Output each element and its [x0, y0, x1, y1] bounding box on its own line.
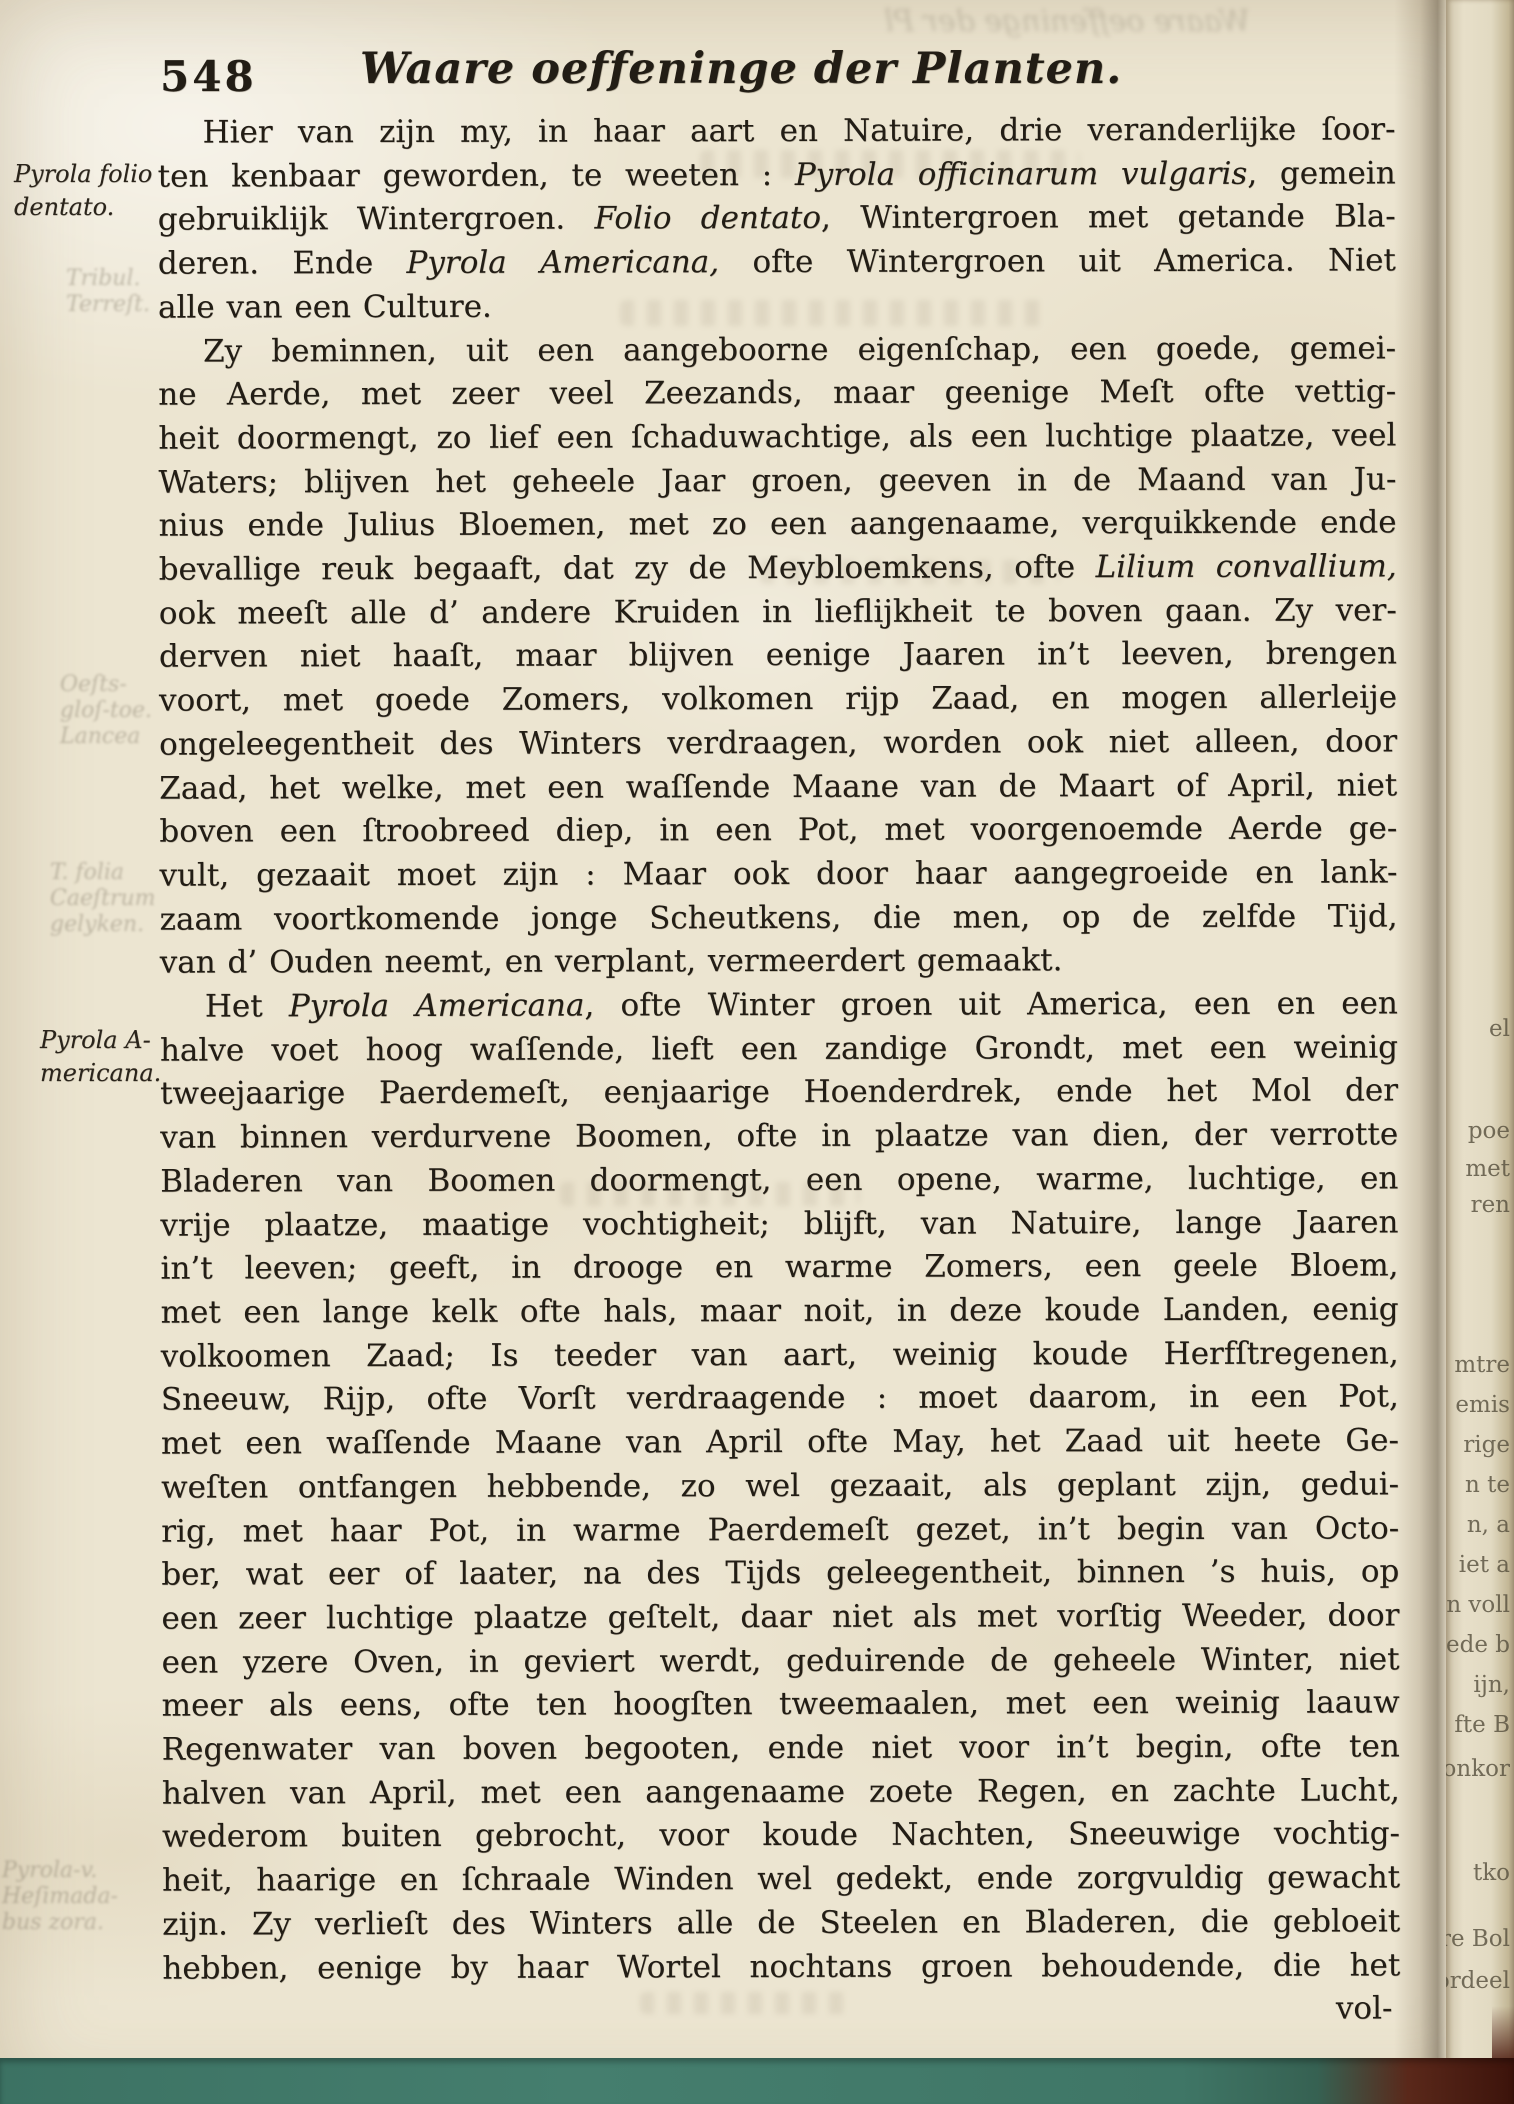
adjacent-page-text-fragment: iet a	[1459, 1552, 1510, 1578]
page-number: 548	[160, 52, 257, 101]
adjacent-page-edge: elpoemetrenmtreemisrigen ten, aiet an vo…	[1446, 0, 1514, 2104]
body-text-segment: bevallige reuk begaaft, dat zy de Meyblo…	[159, 549, 1096, 587]
ghost-margin-note: Oeſts-gloſ-toe.Lancea	[60, 672, 220, 750]
adjacent-page-text-fragment: emis	[1455, 1392, 1510, 1418]
catchword: vol-	[162, 1988, 1400, 2035]
margin-note: Pyrola foliodentato.	[14, 158, 164, 224]
body-line: vult, gezaait moet zijn : Maar ook door …	[159, 851, 1397, 898]
body-text-segment: een yzere Oven, in geviert werdt, geduir…	[161, 1641, 1399, 1680]
body-line: Hier van zijn my, in haar aart en Natuir…	[157, 108, 1395, 155]
body-text-segment: met een lange kelk ofte hals, maar noit,…	[161, 1291, 1399, 1330]
body-text-segment: Hier van zijn my, in haar aart en Natuir…	[202, 111, 1395, 150]
body-line: rig, met haar Pot, in warme Paerdemeſt g…	[161, 1507, 1399, 1554]
body-text-segment: voort, met goede Zomers, volkomen rijp Z…	[159, 680, 1397, 719]
body-text-segment: van d’ Ouden neemt, en verplant, vermeer…	[160, 943, 1063, 981]
body-line: voort, met goede Zomers, volkomen rijp Z…	[159, 677, 1397, 724]
adjacent-page-text-fragment: tko	[1473, 1860, 1510, 1886]
body-text-segment: in’t leeven; geeft, in drooge en warme Z…	[160, 1248, 1398, 1287]
body-line: bevallige reuk begaaft, dat zy de Meyblo…	[159, 545, 1397, 592]
body-text-segment: hebben, eenige by haar Wortel nochtans g…	[162, 1947, 1400, 1986]
body-text-segment: Zaad, het welke, met een waſſende Maane …	[159, 767, 1397, 806]
body-line: nius ende Julius Bloemen, met zo een aan…	[159, 502, 1397, 549]
body-text-segment: van binnen verdurvene Boomen, ofte in pl…	[160, 1117, 1398, 1156]
body-line: met een waſſende Maane van April ofte Ma…	[161, 1419, 1399, 1466]
body-line: tweejaarige Paerdemeſt, eenjaarige Hoend…	[160, 1070, 1398, 1117]
body-line: ongeleegentheit des Winters verdraagen, …	[159, 720, 1397, 767]
book-page-scan: Waare oeffeninge der Pl 548 Waare oeffen…	[0, 0, 1514, 2104]
adjacent-page-text-fragment: ordeel	[1446, 1968, 1510, 1994]
body-text-segment: ten kenbaar geworden, te weeten :	[158, 157, 795, 195]
body-line: van d’ Ouden neemt, en verplant, vermeer…	[160, 939, 1398, 986]
paragraph: Het Pyrola Americana, ofte Winter groen …	[160, 982, 1401, 1990]
body-text-segment: , gemein	[1247, 155, 1395, 191]
ghost-note-line: T. folia	[50, 860, 210, 886]
adjacent-page-text-fragment: ijn,	[1473, 1672, 1510, 1698]
adjacent-page-text-fragment: el	[1489, 1016, 1510, 1042]
body-text-segment: met een waſſende Maane van April ofte Ma…	[161, 1422, 1399, 1461]
body-text-segment: tweejaarige Paerdemeſt, eenjaarige Hoend…	[160, 1073, 1398, 1112]
body-line: halven van April, met een aangenaame zoe…	[162, 1769, 1400, 1816]
body-line: Regenwater van boven begooten, ende niet…	[162, 1725, 1400, 1772]
body-text-segment: ongeleegentheit des Winters verdraagen, …	[159, 723, 1397, 762]
body-line: boven een ſtroobreed diep, in een Pot, m…	[159, 808, 1397, 855]
body-line: Zaad, het welke, met een waſſende Maane …	[159, 764, 1397, 811]
adjacent-page-text-fragment: re Bol	[1446, 1926, 1510, 1952]
body-text-segment: wederom buiten gebrocht, voor koude Nach…	[162, 1816, 1400, 1855]
margin-note-line: Pyrola A-	[40, 1024, 190, 1057]
body-line: alle van een Culture.	[158, 283, 1396, 330]
latin-plant-name: Folio dentato	[594, 200, 821, 237]
ghost-note-line: Pyrola-v.	[2, 1858, 162, 1884]
body-line: in’t leeven; geeft, in drooge en warme Z…	[160, 1245, 1398, 1292]
latin-plant-name: Lilium convallium,	[1096, 548, 1397, 585]
body-line: heit, haarige en ſchraale Winden wel ged…	[162, 1857, 1400, 1904]
body-text-segment: vrije plaatze, maatige vochtigheit; blij…	[160, 1204, 1398, 1243]
body-text-segment: Het	[205, 988, 289, 1024]
body-line: met een lange kelk ofte hals, maar noit,…	[161, 1288, 1399, 1335]
ghost-note-line: gelyken.	[50, 912, 210, 938]
book-gutter-shadow	[1394, 0, 1446, 2104]
body-line: een zeer luchtige plaatze geſtelt, daar …	[161, 1594, 1399, 1641]
body-line: ber, wat eer of laater, na des Tijds gel…	[161, 1551, 1399, 1598]
body-text-segment: zijn. Zy verlieſt des Winters alle de St…	[162, 1903, 1400, 1942]
body-line: zaam voortkomende jonge Scheutkens, die …	[160, 895, 1398, 942]
body-text-segment: gebruiklijk Wintergroen.	[158, 201, 595, 238]
body-line: meer als eens, ofte ten hoogſten tweemaa…	[162, 1682, 1400, 1729]
body-text-segment: meer als eens, ofte ten hoogſten tweemaa…	[162, 1685, 1400, 1724]
body-line: heit doormengt, zo lief een ſchaduwachti…	[158, 414, 1396, 461]
body-text-segment: vult, gezaait moet zijn : Maar ook door …	[159, 854, 1397, 893]
body-text-segment: ook meeſt alle d’ andere Kruiden in lief…	[159, 592, 1397, 631]
body-text-segment: , Wintergroen met getande Bla-	[821, 199, 1396, 237]
adjacent-page-text-fragment: n te	[1465, 1472, 1510, 1498]
paragraph: Hier van zijn my, in haar aart en Natuir…	[157, 108, 1396, 330]
body-line: hebben, eenige by haar Wortel nochtans g…	[162, 1944, 1400, 1991]
latin-plant-name: Pyrola Americana,	[406, 244, 719, 281]
ghost-note-line: Caeſtrum	[50, 886, 210, 912]
ghost-note-line: bus zora.	[2, 1910, 162, 1936]
margin-note: Pyrola A-mericana.	[40, 1024, 190, 1090]
body-text-segment: zaam voortkomende jonge Scheutkens, die …	[160, 898, 1398, 937]
body-line: halve voet hoog waſſende, lieft een zand…	[160, 1026, 1398, 1073]
adjacent-page-text-fragment: ren	[1471, 1192, 1510, 1218]
running-title: Waare oeffeninge der Planten.	[360, 44, 1060, 94]
body-line: Zy beminnen, uit een aangeboorne eigenſc…	[158, 327, 1396, 374]
ghost-note-line: gloſ-toe.	[60, 698, 220, 724]
body-line: weſten ontfangen hebbende, zo wel gezaai…	[161, 1463, 1399, 1510]
margin-note-line: Pyrola folio	[14, 158, 164, 191]
body-text-segment: Regenwater van boven begooten, ende niet…	[162, 1728, 1400, 1767]
latin-plant-name: Pyrola officinarum vulgaris	[795, 155, 1248, 192]
body-text-segment: derven niet haaſt, maar blijven eenige J…	[159, 636, 1397, 675]
body-text: Hier van zijn my, in haar aart en Natuir…	[157, 108, 1400, 2034]
body-text-segment: halve voet hoog waſſende, lieft een zand…	[160, 1029, 1398, 1068]
body-text-segment: Zy beminnen, uit een aangeboorne eigenſc…	[203, 330, 1396, 369]
body-text-segment: Bladeren van Boomen doormengt, een opene…	[160, 1160, 1398, 1199]
ghost-margin-note: T. foliaCaeſtrumgelyken.	[50, 860, 210, 938]
body-line: ten kenbaar geworden, te weeten : Pyrola…	[158, 152, 1396, 199]
adjacent-page-text-fragment: rige	[1463, 1432, 1510, 1458]
ghost-note-line: Heſimada-	[2, 1884, 162, 1910]
body-text-segment: weſten ontfangen hebbende, zo wel gezaai…	[161, 1466, 1399, 1505]
body-line: zijn. Zy verlieſt des Winters alle de St…	[162, 1900, 1400, 1947]
body-text-segment: heit, haarige en ſchraale Winden wel ged…	[162, 1860, 1400, 1899]
body-line: wederom buiten gebrocht, voor koude Nach…	[162, 1813, 1400, 1860]
adjacent-page-text-fragment: n, a	[1467, 1512, 1510, 1538]
adjacent-page-text-fragment: mtre	[1454, 1352, 1510, 1378]
body-line: Bladeren van Boomen doormengt, een opene…	[160, 1157, 1398, 1204]
paragraph: Zy beminnen, uit een aangeboorne eigenſc…	[158, 327, 1398, 986]
body-line: ne Aerde, met zeer veel Zeezands, maar g…	[158, 371, 1396, 418]
body-line: derven niet haaſt, maar blijven eenige J…	[159, 633, 1397, 680]
adjacent-page-text-fragment: fte B	[1454, 1712, 1510, 1738]
ghost-note-line: Lancea	[60, 724, 220, 750]
body-line: gebruiklijk Wintergroen. Folio dentato, …	[158, 196, 1396, 243]
margin-note-line: dentato.	[14, 191, 164, 224]
body-text-segment: ofte Wintergroen uit America. Niet	[719, 242, 1396, 280]
body-text-segment: ber, wat eer of laater, na des Tijds gel…	[161, 1554, 1399, 1593]
body-line: vrije plaatze, maatige vochtigheit; blij…	[160, 1201, 1398, 1248]
ghost-note-line: Oeſts-	[60, 672, 220, 698]
body-text-segment: een zeer luchtige plaatze geſtelt, daar …	[161, 1597, 1399, 1636]
body-line: Het Pyrola Americana, ofte Winter groen …	[160, 982, 1398, 1029]
ghost-note-line: Terreſt.	[66, 292, 226, 318]
body-line: volkoomen Zaad; Is teeder van aart, wein…	[161, 1332, 1399, 1379]
ghost-margin-note: Tribul.Terreſt.	[66, 266, 226, 318]
ghost-margin-note: Pyrola-v.Heſimada-bus zora.	[2, 1858, 162, 1936]
body-text-segment: volkoomen Zaad; Is teeder van aart, wein…	[161, 1335, 1399, 1374]
body-text-segment: boven een ſtroobreed diep, in een Pot, m…	[159, 811, 1397, 850]
cover-corner	[1492, 2006, 1514, 2062]
body-line: deren. Ende Pyrola Americana, ofte Winte…	[158, 239, 1396, 286]
adjacent-page-text-fragment: met	[1465, 1156, 1510, 1182]
adjacent-page-text-fragment: poe	[1468, 1118, 1510, 1144]
body-text-segment: Waters; blijven het geheele Jaar groen, …	[158, 461, 1396, 500]
body-text-segment: , ofte Winter groen uit America, een en …	[584, 985, 1397, 1023]
adjacent-page-text-fragment: n voll	[1446, 1592, 1510, 1618]
ghost-note-line: Tribul.	[66, 266, 226, 292]
body-line: Sneeuw, Rijp, ofte Vorſt verdraagende : …	[161, 1376, 1399, 1423]
body-text-segment: ne Aerde, met zeer veel Zeezands, maar g…	[158, 374, 1396, 413]
scan-background-band	[0, 2058, 1514, 2104]
latin-plant-name: Pyrola Americana	[289, 988, 585, 1025]
body-line: Waters; blijven het geheele Jaar groen, …	[158, 458, 1396, 505]
body-text-segment: nius ende Julius Bloemen, met zo een aan…	[159, 505, 1397, 544]
running-title-bleed-through: Waare oeffeninge der Pl	[830, 4, 1250, 39]
body-text-segment: rig, met haar Pot, in warme Paerdemeſt g…	[161, 1510, 1399, 1549]
body-text-segment: halven van April, met een aangenaame zoe…	[162, 1772, 1400, 1811]
adjacent-page-text-fragment: ede b	[1446, 1632, 1510, 1658]
body-text-segment: heit doormengt, zo lief een ſchaduwachti…	[158, 417, 1396, 456]
body-text-segment: Sneeuw, Rijp, ofte Vorſt verdraagende : …	[161, 1379, 1399, 1418]
body-line: een yzere Oven, in geviert werdt, geduir…	[161, 1638, 1399, 1685]
body-line: van binnen verdurvene Boomen, ofte in pl…	[160, 1114, 1398, 1161]
margin-note-line: mericana.	[40, 1057, 190, 1090]
body-line: ook meeſt alle d’ andere Kruiden in lief…	[159, 589, 1397, 636]
adjacent-page-text-fragment: onkor	[1446, 1756, 1510, 1782]
